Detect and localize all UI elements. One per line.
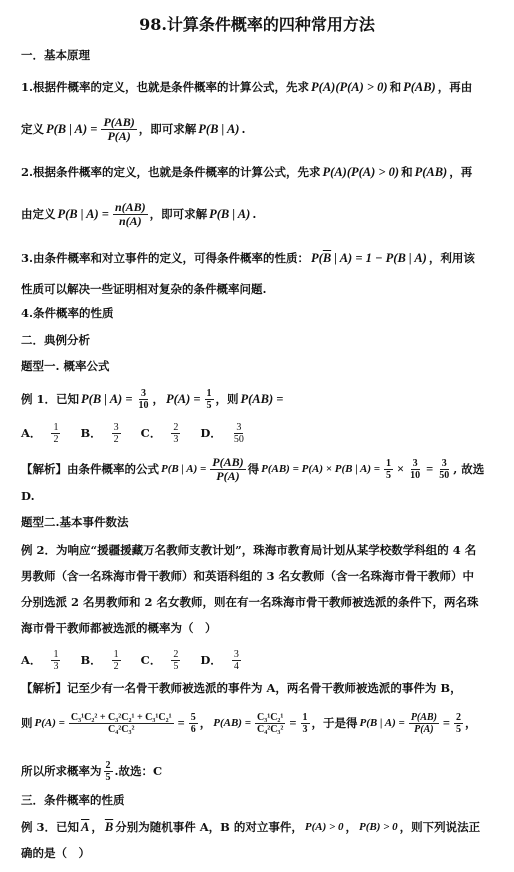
option-c: C．23 [141, 422, 183, 445]
complement-a: A [81, 820, 89, 835]
type-1-heading: 题型一. 概率公式 [21, 358, 496, 374]
option-d: D．34 [200, 649, 242, 672]
option-c: C．25 [141, 649, 183, 672]
option-a: A．13 [21, 649, 62, 672]
complement-b: B [105, 820, 113, 835]
principle-2-line-2: 由定义 P(B | A) = n(AB) n(A) ，即可求解 P(B | A)… [21, 196, 496, 232]
section-3-heading: 三．条件概率的性质 [21, 792, 496, 808]
example-1-analysis: 【解析】 由条件概率的公式 P(B | A) = P(AB)P(A) 得 P(A… [21, 452, 496, 486]
complement-b: B [323, 251, 331, 265]
example-2-line-2: 男教师（含一名珠海市骨干教师）和英语科组的 3 名女教师（含一名珠海市骨干教师）… [21, 568, 496, 584]
page-title: 98.计算条件概率的四种常用方法 [0, 12, 514, 35]
option-a: A．12 [21, 422, 62, 445]
example-2-conclusion: 所以所求概率为 25 .故选：C [21, 756, 496, 786]
principle-4: 4.条件概率的性质 [21, 305, 496, 321]
fraction: P(AB) P(A) [101, 116, 136, 143]
example-1-answer: D. [21, 489, 496, 503]
example-3-line-2: 确的是（ ） [21, 845, 496, 861]
principle-1-line-2: 定义 P(B | A) = P(AB) P(A) ，即可求解 P(B | A) … [21, 111, 496, 147]
example-1-options: A．12 B．32 C．23 D．350 [21, 418, 496, 448]
section-2-heading: 二．典例分析 [21, 332, 496, 348]
example-2-options: A．13 B．12 C．25 D．34 [21, 645, 496, 675]
option-b: B．32 [80, 422, 122, 445]
principle-3-line-2: 性质可以解决一些证明相对复杂的条件概率问题. [21, 281, 496, 297]
principle-1-line-1: 1.根据件概率的定义，也就是条件概率的计算公式，先求 P(A)(P(A) > 0… [21, 79, 496, 95]
example-2-line-4: 海市骨干教师都被选派的概率为（ ） [21, 620, 496, 636]
example-1-question: 例 1． 已知 P(B | A) = 310 ， P(A) = 15 ，则 P(… [21, 384, 496, 414]
principle-2-line-1: 2.根据条件概率的定义，也就是条件概率的计算公式，先求 P(A)(P(A) > … [21, 164, 496, 180]
example-2-analysis-line-1: 【解析】 记至少有一名骨干教师被选派的事件为 A，两名骨干教师被选派的事件为 B… [21, 680, 496, 696]
type-2-heading: 题型二.基本事件数法 [21, 514, 496, 530]
principle-3-line-1: 3.由条件概率和对立事件的定义，可得条件概率的性质： P(B | A) = 1 … [21, 250, 496, 266]
option-d: D．350 [200, 422, 247, 445]
example-2-line-1: 例 2．为响应“援疆援藏万名教师支教计划”，珠海市教育局计划从某学校数学科组的 … [21, 542, 496, 558]
example-2-line-3: 分别选派 2 名男教师和 2 名女教师，则在有一名珠海市骨干教师被选派的条件下，… [21, 594, 496, 610]
example-2-analysis-line-2: 则 P(A) = C₃¹C₂² + C₃²C₂¹ + C₃¹C₂¹C₄²C₃² … [21, 705, 496, 741]
section-1-heading: 一．基本原理 [21, 47, 496, 63]
example-3-line-1: 例 3． 已知 A ， B 分别为随机事件 A，B 的对立事件， P(A) > … [21, 819, 496, 835]
fraction: n(AB) n(A) [113, 201, 148, 228]
option-b: B．12 [80, 649, 122, 672]
